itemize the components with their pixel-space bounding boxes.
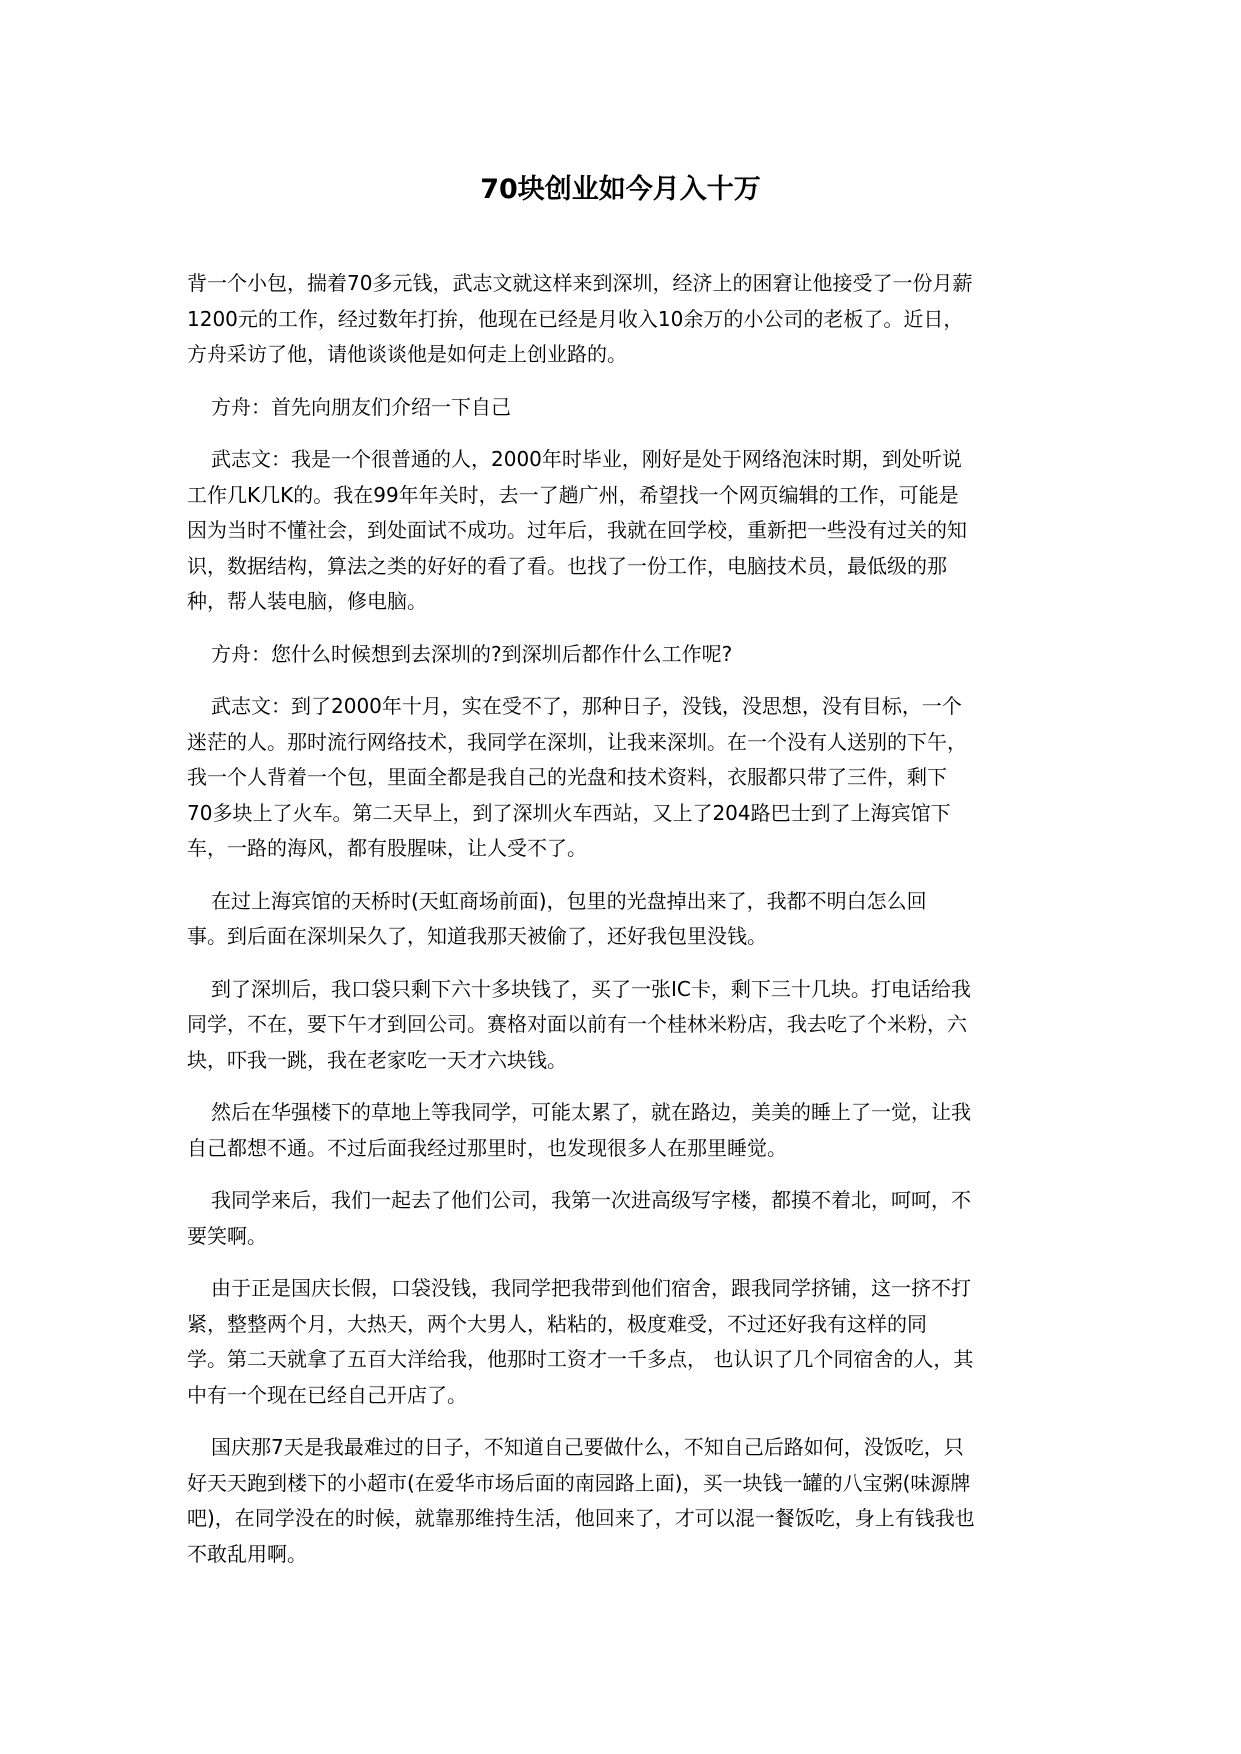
paragraph: 国庆那7天是我最难过的日子，不知道自己要做什么，不知自己后路如何，没饭吃，只好天… xyxy=(187,1430,1067,1572)
paragraph-line: 武志文：到了2000年十月，实在受不了，那种日子，没钱，没思想，没有目标，一个 xyxy=(187,689,1067,725)
paragraph: 我同学来后，我们一起去了他们公司，我第一次进高级写字楼，都摸不着北，呵呵，不要笑… xyxy=(187,1183,1067,1254)
paragraph-line: 中有一个现在已经自己开店了。 xyxy=(187,1378,1067,1414)
paragraph-line: 我一个人背着一个包，里面全都是我自己的光盘和技术资料，衣服都只带了三件，剩下 xyxy=(187,760,1067,796)
paragraph: 方舟：首先向朋友们介绍一下自己 xyxy=(187,390,1067,426)
paragraph: 由于正是国庆长假，口袋没钱，我同学把我带到他们宿舍，跟我同学挤铺，这一挤不打紧，… xyxy=(187,1271,1067,1413)
paragraph-line: 由于正是国庆长假，口袋没钱，我同学把我带到他们宿舍，跟我同学挤铺，这一挤不打 xyxy=(187,1271,1067,1307)
paragraph-line: 因为当时不懂社会，到处面试不成功。过年后，我就在回学校，重新把一些没有过关的知 xyxy=(187,513,1067,549)
paragraph-line: 车，一路的海风，都有股腥味，让人受不了。 xyxy=(187,831,1067,867)
paragraph-line: 自己都想不通。不过后面我经过那里时，也发现很多人在那里睡觉。 xyxy=(187,1131,1067,1167)
paragraph-line: 到了深圳后，我口袋只剩下六十多块钱了，买了一张IC卡，剩下三十几块。打电话给我 xyxy=(187,972,1067,1008)
paragraph-line: 国庆那7天是我最难过的日子，不知道自己要做什么，不知自己后路如何，没饭吃，只 xyxy=(187,1430,1067,1466)
paragraph-line: 工作几K几K的。我在99年年关时，去一了趟广州，希望找一个网页编辑的工作，可能是 xyxy=(187,478,1067,514)
paragraph-line: 种，帮人装电脑，修电脑。 xyxy=(187,584,1067,620)
paragraph: 武志文：我是一个很普通的人，2000年时毕业，刚好是处于网络泡沫时期，到处听说工… xyxy=(187,442,1067,620)
paragraph: 到了深圳后，我口袋只剩下六十多块钱了，买了一张IC卡，剩下三十几块。打电话给我同… xyxy=(187,972,1067,1079)
paragraph: 方舟：您什么时候想到去深圳的?到深圳后都作什么工作呢? xyxy=(187,637,1067,673)
paragraph-line: 学。第二天就拿了五百大洋给我，他那时工资才一千多点， 也认识了几个同宿舍的人，其 xyxy=(187,1342,1067,1378)
paragraph-line: 事。到后面在深圳呆久了，知道我那天被偷了，还好我包里没钱。 xyxy=(187,919,1067,955)
paragraph-line: 不敢乱用啊。 xyxy=(187,1537,1067,1573)
paragraph: 背一个小包，揣着70多元钱，武志文就这样来到深圳，经济上的困窘让他接受了一份月薪… xyxy=(187,266,1067,373)
paragraph: 然后在华强楼下的草地上等我同学，可能太累了，就在路边，美美的睡上了一觉，让我自己… xyxy=(187,1095,1067,1166)
paragraph-line: 紧，整整两个月，大热天，两个大男人，粘粘的，极度难受，不过还好我有这样的同 xyxy=(187,1307,1067,1343)
paragraph: 在过上海宾馆的天桥时(天虹商场前面)，包里的光盘掉出来了，我都不明白怎么回事。到… xyxy=(187,884,1067,955)
paragraph-line: 方舟采访了他，请他谈谈他是如何走上创业路的。 xyxy=(187,337,1067,373)
paragraph-line: 我同学来后，我们一起去了他们公司，我第一次进高级写字楼，都摸不着北，呵呵，不 xyxy=(187,1183,1067,1219)
document-body: 背一个小包，揣着70多元钱，武志文就这样来到深圳，经济上的困窘让他接受了一份月薪… xyxy=(187,266,1067,1589)
paragraph-line: 好天天跑到楼下的小超市(在爱华市场后面的南园路上面)，买一块钱一罐的八宝粥(味源… xyxy=(187,1466,1067,1502)
paragraph-line: 同学，不在，要下午才到回公司。赛格对面以前有一个桂林米粉店，我去吃了个米粉，六 xyxy=(187,1007,1067,1043)
paragraph-line: 迷茫的人。那时流行网络技术，我同学在深圳，让我来深圳。在一个没有人送别的下午， xyxy=(187,725,1067,761)
paragraph-line: 识，数据结构，算法之类的好好的看了看。也找了一份工作，电脑技术员，最低级的那 xyxy=(187,549,1067,585)
paragraph-line: 武志文：我是一个很普通的人，2000年时毕业，刚好是处于网络泡沫时期，到处听说 xyxy=(187,442,1067,478)
paragraph-line: 然后在华强楼下的草地上等我同学，可能太累了，就在路边，美美的睡上了一觉，让我 xyxy=(187,1095,1067,1131)
paragraph-line: 1200元的工作，经过数年打拚，他现在已经是月收入10余万的小公司的老板了。近日… xyxy=(187,302,1067,338)
paragraph-line: 方舟：首先向朋友们介绍一下自己 xyxy=(187,390,1067,426)
paragraph-line: 要笑啊。 xyxy=(187,1219,1067,1255)
paragraph-line: 背一个小包，揣着70多元钱，武志文就这样来到深圳，经济上的困窘让他接受了一份月薪 xyxy=(187,266,1067,302)
paragraph-line: 在过上海宾馆的天桥时(天虹商场前面)，包里的光盘掉出来了，我都不明白怎么回 xyxy=(187,884,1067,920)
document-page: 70块创业如今月入十万 背一个小包，揣着70多元钱，武志文就这样来到深圳，经济上… xyxy=(0,0,1241,1754)
paragraph-line: 方舟：您什么时候想到去深圳的?到深圳后都作什么工作呢? xyxy=(187,637,1067,673)
paragraph: 武志文：到了2000年十月，实在受不了，那种日子，没钱，没思想，没有目标，一个迷… xyxy=(187,689,1067,867)
paragraph-line: 吧)，在同学没在的时候，就靠那维持生活，他回来了，才可以混一餐饭吃，身上有钱我也 xyxy=(187,1501,1067,1537)
paragraph-line: 块，吓我一跳，我在老家吃一天才六块钱。 xyxy=(187,1043,1067,1079)
document-title: 70块创业如今月入十万 xyxy=(0,170,1241,210)
paragraph-line: 70多块上了火车。第二天早上，到了深圳火车西站，又上了204路巴士到了上海宾馆下 xyxy=(187,796,1067,832)
